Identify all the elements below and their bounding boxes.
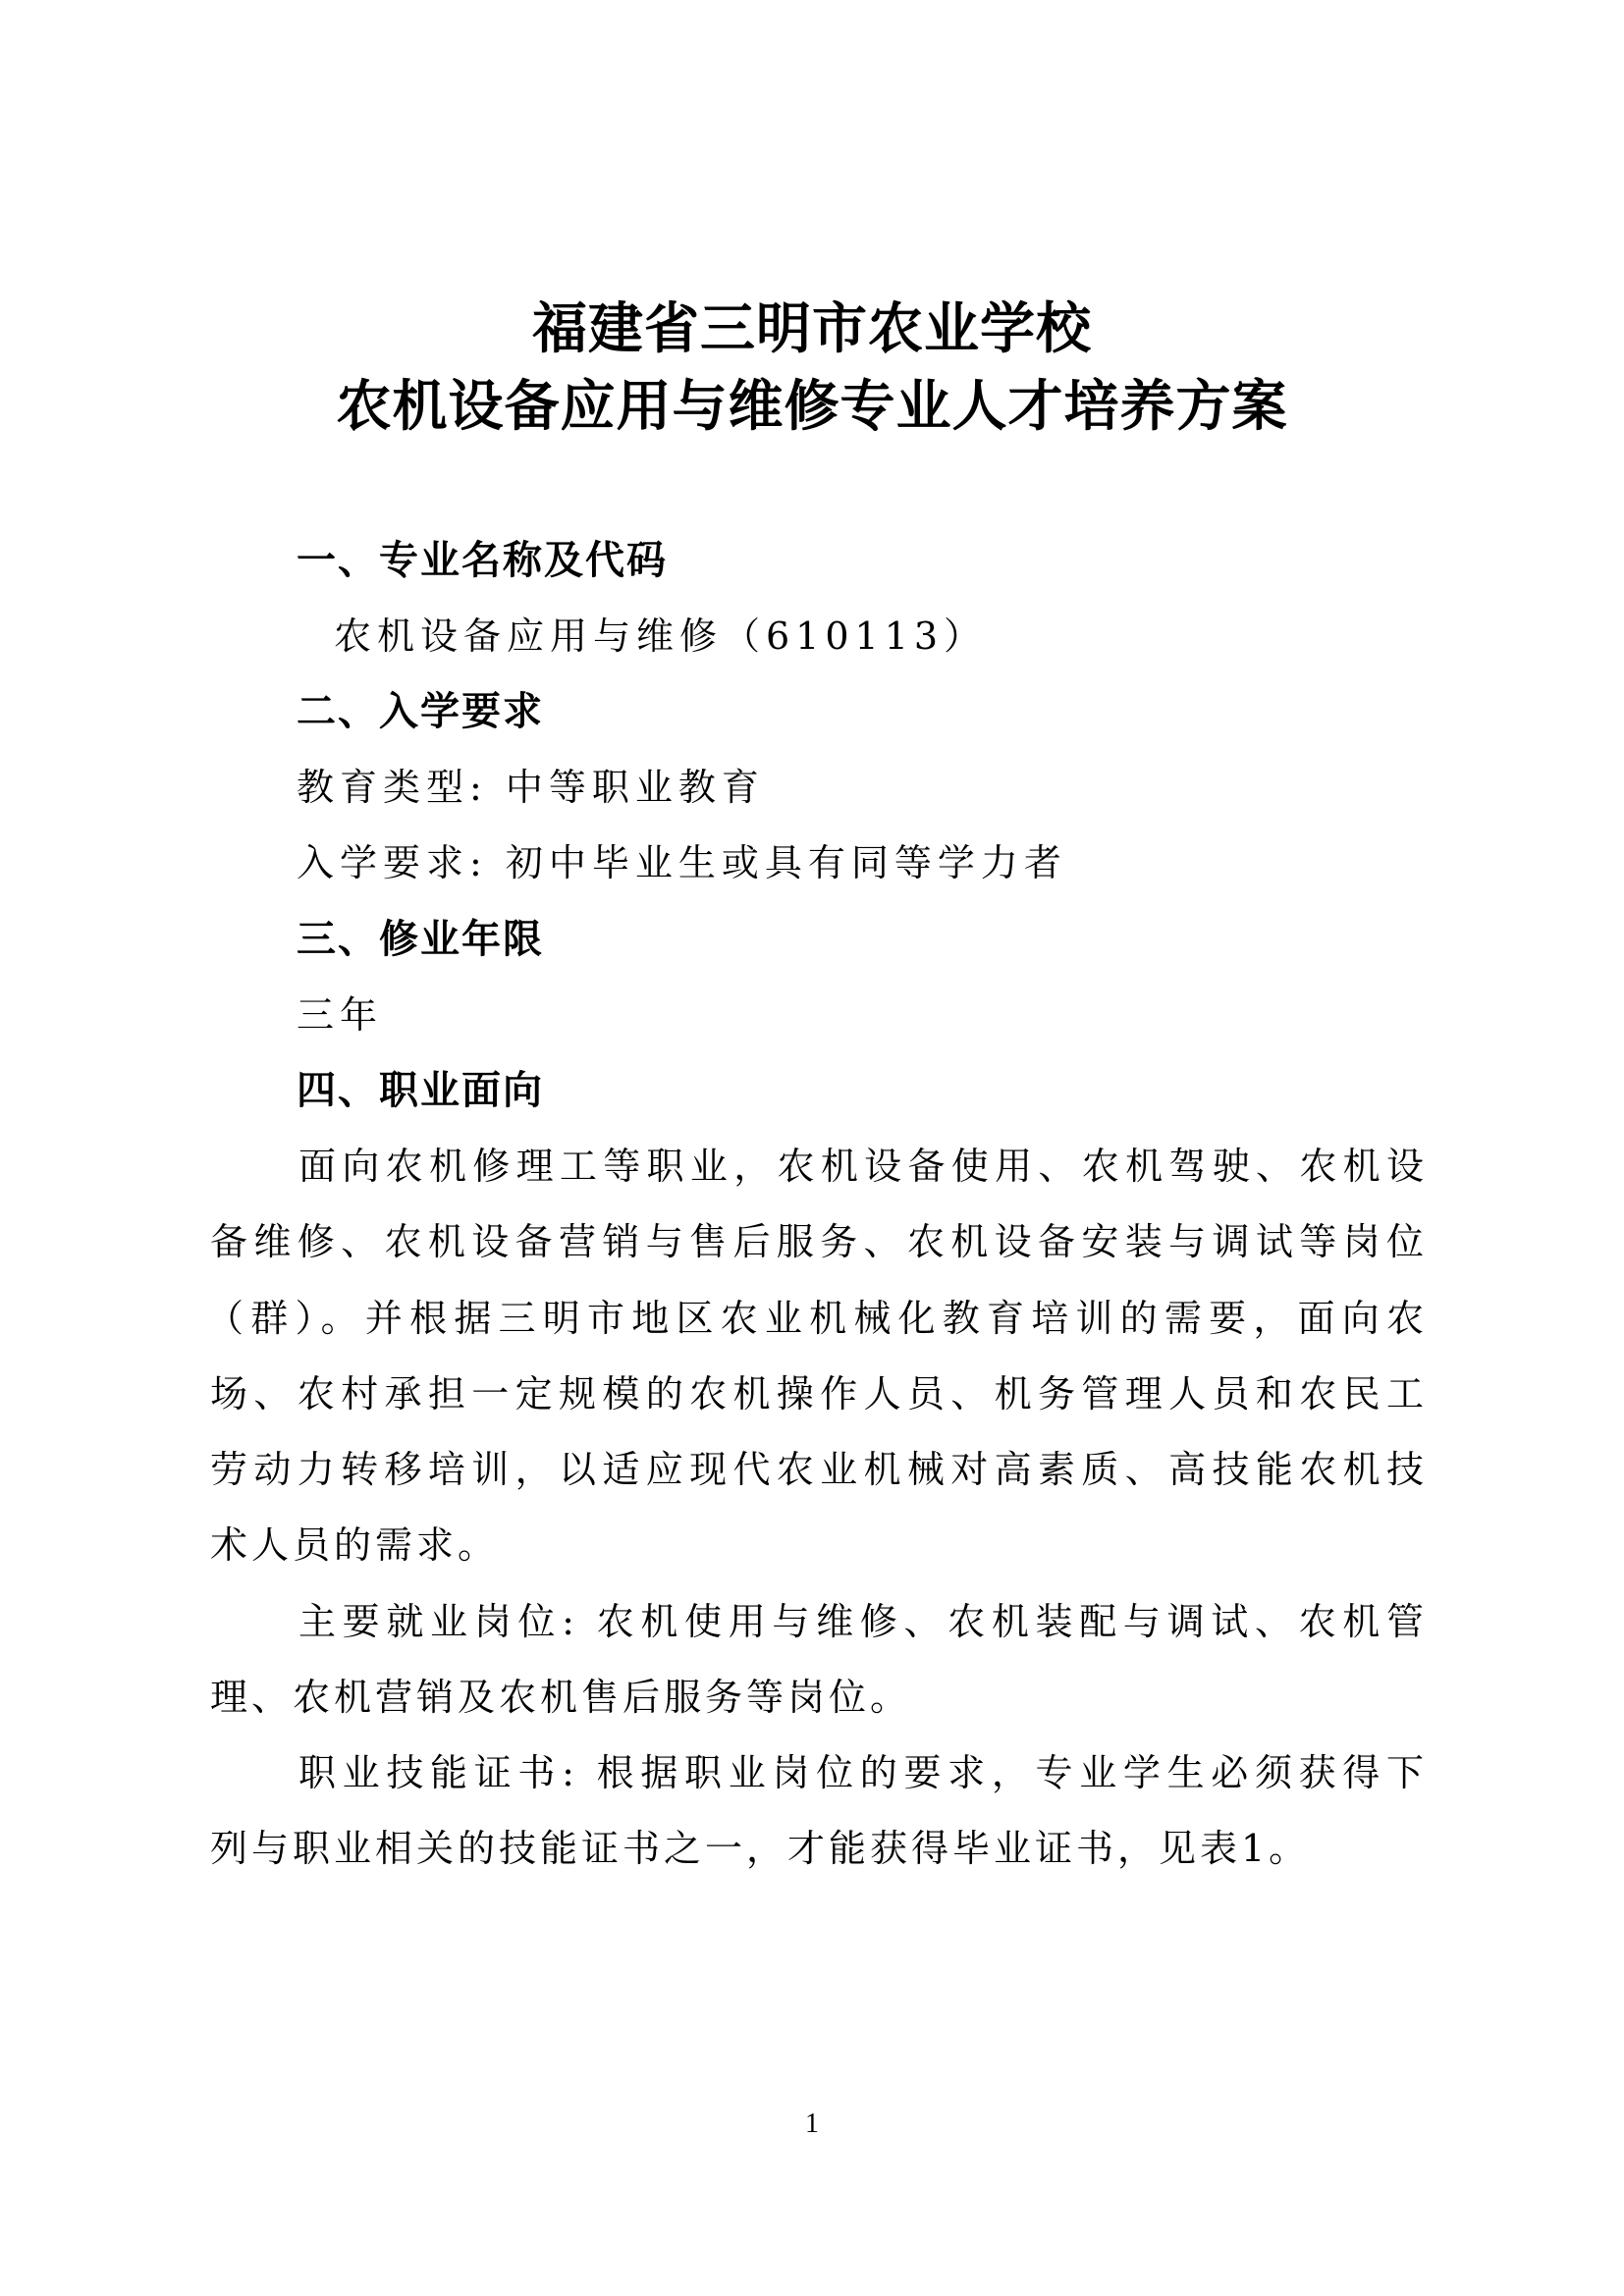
skill-certificate-paragraph: 职业技能证书: 根据职业岗位的要求，专业学生必须获得下 列与职业相关的技能证书之… [210, 1735, 1428, 1888]
document-page: 福建省三明市农业学校 农机设备应用与维修专业人才培养方案 一、专业名称及代码 农… [0, 0, 1624, 2296]
section-heading-career-orientation: 四、职业面向 [297, 1063, 544, 1118]
paragraph-line: 术人员的需求。 [210, 1508, 1428, 1583]
education-type: 教育类型: 中等职业教育 [297, 760, 765, 815]
paragraph-line: （群）。并根据三明市地区农业机械化教育培训的需要，面向农 [206, 1281, 1428, 1357]
document-title-school: 福建省三明市农业学校 [0, 290, 1624, 368]
section-heading-admission: 二、入学要求 [297, 684, 544, 739]
admission-requirement: 入学要求: 初中毕业生或具有同等学力者 [297, 835, 1067, 890]
paragraph-line: 面向农机修理工等职业，农机设备使用、农机驾驶、农机设 [210, 1129, 1428, 1204]
study-duration: 三年 [297, 988, 383, 1042]
career-orientation-paragraph: 面向农机修理工等职业，农机设备使用、农机驾驶、农机设 备维修、农机设备营销与售后… [210, 1129, 1428, 1584]
major-name-code: 农机设备应用与维修（610113） [334, 609, 987, 664]
paragraph-line: 职业技能证书: 根据职业岗位的要求，专业学生必须获得下 [210, 1735, 1428, 1811]
paragraph-line: 列与职业相关的技能证书之一，才能获得毕业证书，见表1。 [210, 1811, 1428, 1887]
main-positions-paragraph: 主要就业岗位: 农机使用与维修、农机装配与调试、农机管 理、农机营销及农机售后服… [210, 1584, 1428, 1736]
paragraph-line: 主要就业岗位: 农机使用与维修、农机装配与调试、农机管 [210, 1584, 1428, 1660]
paragraph-line: 理、农机营销及农机售后服务等岗位。 [210, 1660, 1428, 1735]
paragraph-line: 备维修、农机设备营销与售后服务、农机设备安装与调试等岗位 [210, 1204, 1428, 1280]
page-number: 1 [0, 2109, 1624, 2140]
paragraph-line: 场、农村承担一定规模的农机操作人员、机务管理人员和农民工 [210, 1357, 1428, 1432]
section-heading-major-name: 一、专业名称及代码 [297, 533, 668, 588]
section-heading-duration: 三、修业年限 [297, 912, 544, 967]
paragraph-line: 劳动力转移培训，以适应现代农业机械对高素质、高技能农机技 [210, 1432, 1428, 1508]
document-title-program: 农机设备应用与维修专业人才培养方案 [0, 367, 1624, 446]
